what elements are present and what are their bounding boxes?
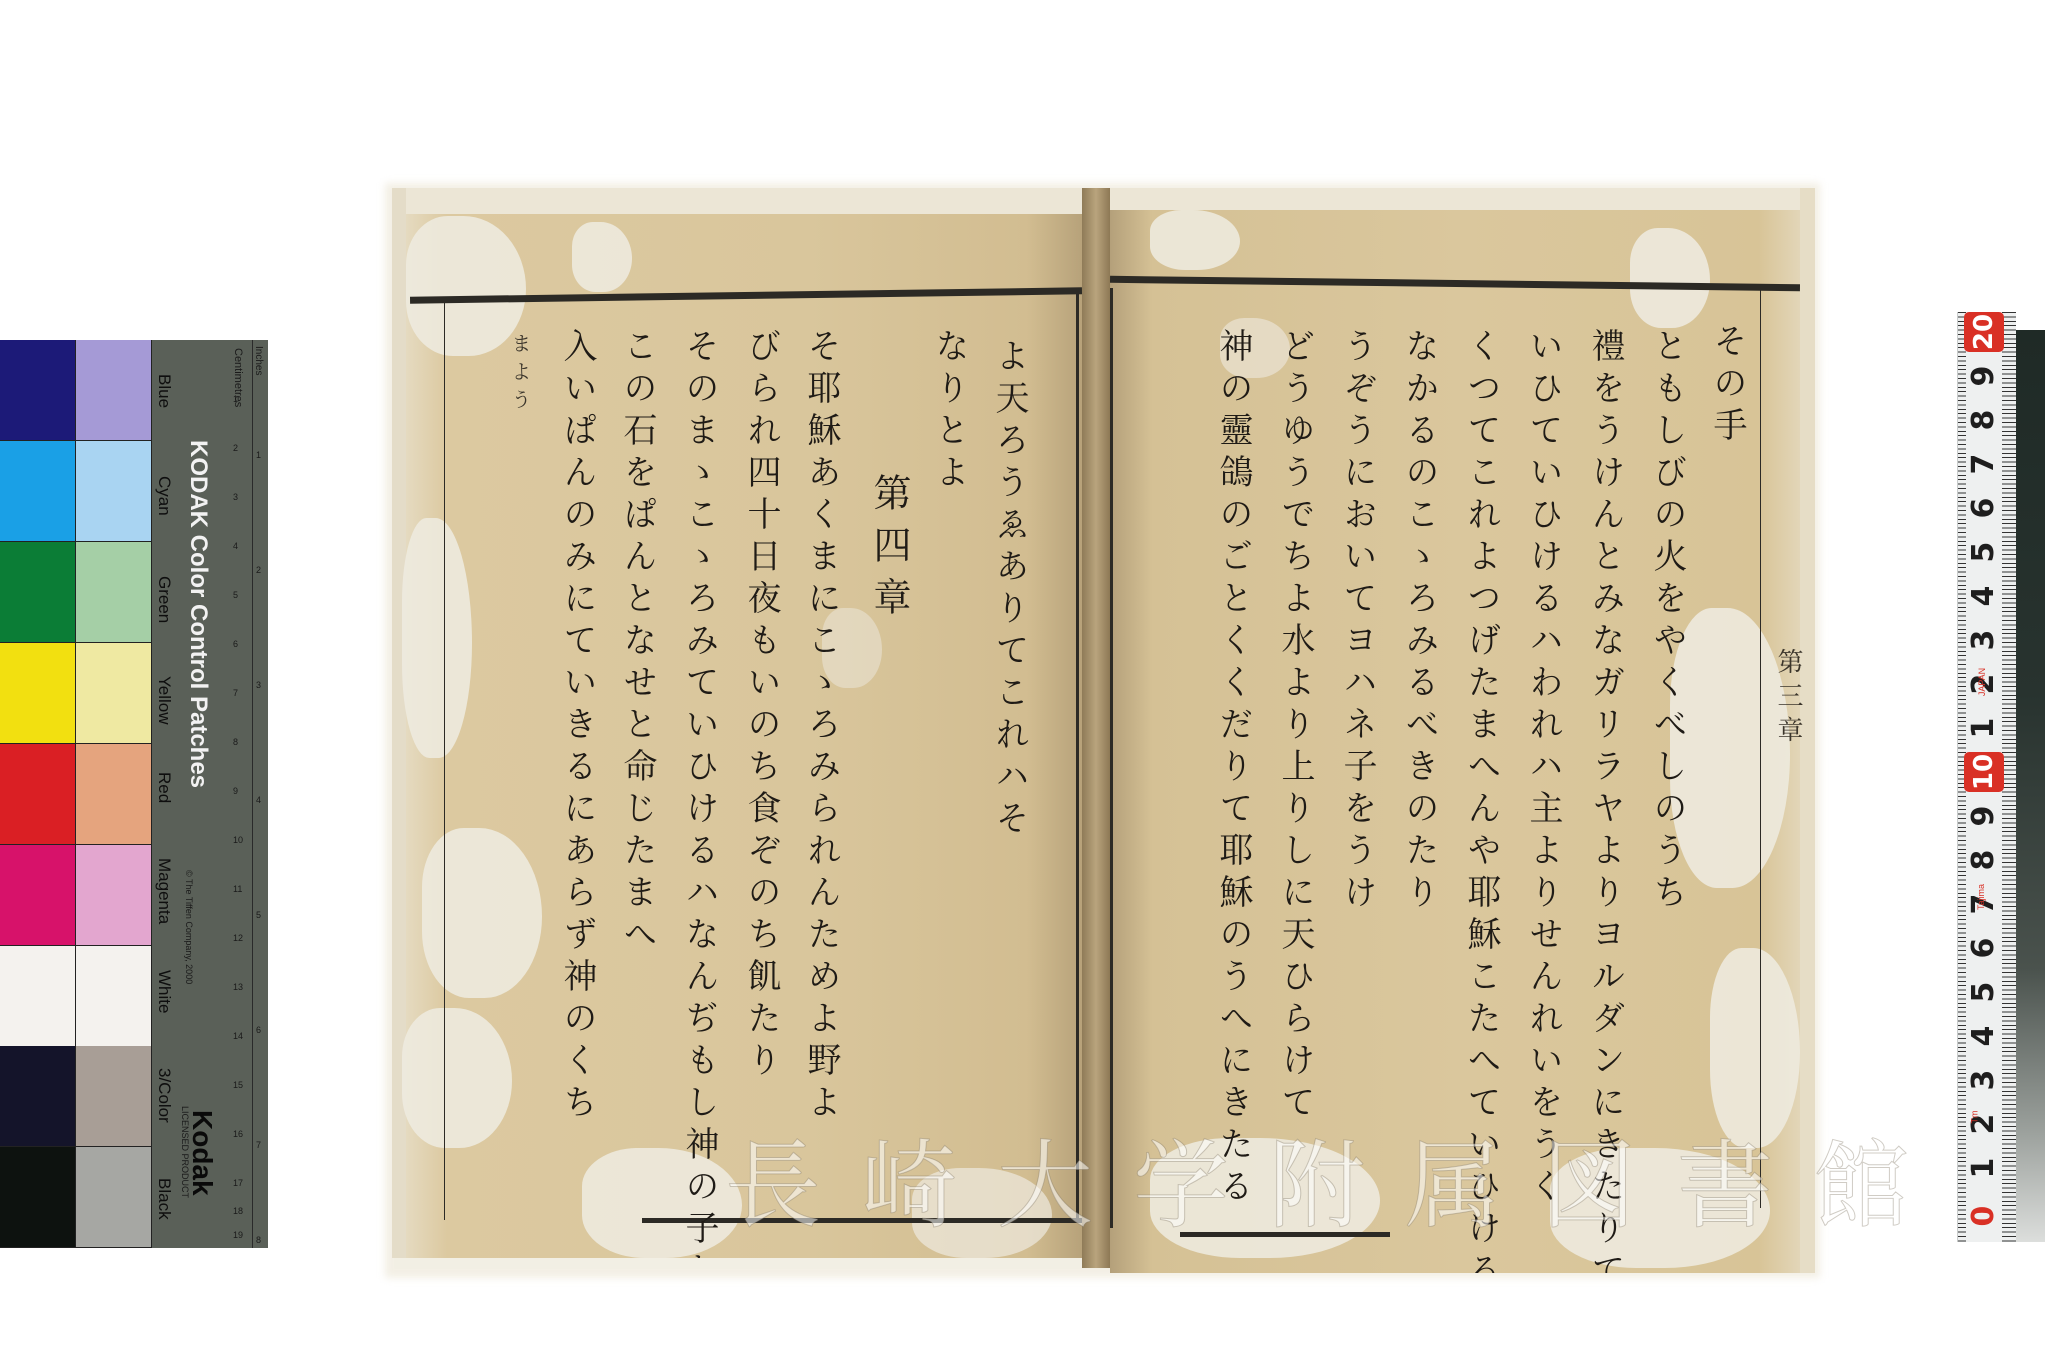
- paper-damage: [422, 828, 542, 998]
- swatch-yellow-dark: [0, 643, 76, 744]
- ruler-label: 5: [1964, 972, 2004, 1012]
- ruler-label: 9: [1964, 356, 2004, 396]
- inch-tick-label: 6: [256, 1025, 261, 1035]
- page-top-edge: [392, 188, 1082, 214]
- book-gutter: [1082, 188, 1110, 1268]
- ruler-label-20: 20: [1964, 312, 2004, 352]
- cm-tick-label: 13: [233, 982, 243, 992]
- inch-tick-label: 4: [256, 795, 261, 805]
- cm-tick-label: 17: [233, 1178, 243, 1188]
- ruler-label: 4: [1964, 1016, 2004, 1056]
- swatch-green-dark: [0, 542, 76, 643]
- ruler-label: 6: [1964, 928, 2004, 968]
- label-yellow: Yellow: [154, 676, 174, 725]
- cm-tick-label: 3: [233, 492, 238, 502]
- swatch-blue-dark: [0, 340, 76, 441]
- kodak-logo: Kodak: [186, 1110, 218, 1196]
- ruler-label: 4: [1964, 576, 2004, 616]
- kodak-color-chart: Inches Centimetres Blue Cyan Green Yello…: [0, 340, 268, 1248]
- ruler-label: 6: [1964, 488, 2004, 528]
- ruler-japan-mark: JAPAN: [1977, 668, 1987, 696]
- text-column: よ天ろうゑありてこれハそ: [992, 338, 1026, 842]
- text-column: うぞうにおいてヨハネ子をうけ: [1340, 328, 1374, 916]
- side-border-line: [444, 300, 445, 1220]
- cm-tick-label: 8: [233, 737, 238, 747]
- label-blue: Blue: [154, 374, 174, 408]
- cm-tick-label: 19: [233, 1230, 243, 1240]
- text-column: この石をぱんとなせと命じたまへ: [620, 328, 654, 958]
- dark-swatch-column: [0, 340, 76, 1248]
- cm-tick-label: 12: [233, 933, 243, 943]
- cm-tick-label: 9: [233, 786, 238, 796]
- label-white: White: [154, 970, 174, 1013]
- cm-tick-label: 10: [233, 835, 243, 845]
- cm-tick-label: 16: [233, 1129, 243, 1139]
- inch-tick-label: 5: [256, 910, 261, 920]
- paper-damage: [1630, 228, 1710, 328]
- chapter-heading: 第四章: [870, 473, 908, 629]
- label-cyan: Cyan: [154, 476, 174, 516]
- paper-damage: [402, 518, 472, 758]
- swatch-3color-dark: [0, 1046, 76, 1147]
- ruler-mm-ticks: [2002, 312, 2016, 1242]
- cm-tick-label: 2: [233, 443, 238, 453]
- kodak-chart-title: KODAK Color Control Patches: [184, 440, 212, 788]
- swatch-black-dark: [0, 1147, 76, 1248]
- licensed-product-text: LICENSED PRODUCT: [180, 1106, 190, 1198]
- ruler-label: 8: [1964, 400, 2004, 440]
- ruler-label: 1: [1964, 1148, 2004, 1188]
- text-column: 神の靈鴿のごとくくだりて耶穌のうへにきたる: [1216, 328, 1250, 1210]
- ruler-label: 3: [1964, 1060, 2004, 1100]
- swatch-3color-light: [76, 1046, 152, 1147]
- library-watermark: 長崎大学附属図書館: [725, 1110, 1949, 1247]
- left-page: よ天ろうゑありてこれハそ なりとよ 第四章 そ耶穌あくまにこゝろみられんためよ野…: [392, 188, 1082, 1258]
- ruler-brand-mark: Tajima: [1976, 884, 1986, 910]
- swatch-cyan-light: [76, 441, 152, 542]
- paper-damage: [402, 1008, 512, 1148]
- gutter-border-line: [1110, 288, 1113, 1228]
- paper-damage: [572, 222, 632, 292]
- page-top-edge: [1110, 188, 1815, 210]
- cm-tick-label: 14: [233, 1031, 243, 1041]
- paper-damage: [1670, 608, 1790, 888]
- ruler-tm-mark: Tm: [1970, 1111, 1980, 1124]
- cm-tick-label: 5: [233, 590, 238, 600]
- measuring-ruler: 20 9 8 7 6 5 4 3 2 1 10 9 8 7 6 5 4 3 2 …: [1957, 312, 2016, 1242]
- ruler-label-10: 10: [1964, 752, 2004, 792]
- text-column: なりとよ: [932, 328, 966, 496]
- label-black: Black: [154, 1178, 174, 1220]
- text-column: その手: [1710, 323, 1744, 449]
- swatch-green-light: [76, 542, 152, 643]
- cm-scale: 1 2 3 4 5 6 7 8 9 10 11 12 13 14 15 16 1…: [230, 340, 232, 1248]
- text-column: まよう: [510, 333, 530, 417]
- text-column: なかるのこゝろみるべきのたり: [1402, 328, 1436, 916]
- label-3color: 3/Color: [154, 1068, 174, 1123]
- inch-tick-label: 2: [256, 565, 261, 575]
- ruler-label-0: 0: [1964, 1196, 2004, 1236]
- text-column: そのまゝこゝろみていひけるハなんぢもし神の子なら: [682, 328, 716, 1258]
- swatch-magenta-light: [76, 845, 152, 946]
- gutter-border-line: [1076, 288, 1079, 1218]
- chapter-margin-label: 第三章: [1775, 648, 1801, 750]
- ruler-label: 5: [1964, 532, 2004, 572]
- text-column: いひていひけるハわれハ主よりせんれいをうく: [1526, 328, 1560, 1210]
- paper-damage: [1150, 210, 1240, 270]
- ruler-label: 9: [1964, 796, 2004, 836]
- swatch-cyan-dark: [0, 441, 76, 542]
- swatch-black-light: [76, 1147, 152, 1248]
- cm-tick-label: 1: [233, 394, 238, 404]
- ruler-label: 7: [1964, 444, 2004, 484]
- swatch-magenta-dark: [0, 845, 76, 946]
- kodak-label-bar: Inches Centimetres Blue Cyan Green Yello…: [152, 340, 268, 1248]
- cm-tick-label: 11: [233, 884, 242, 894]
- swatch-blue-light: [76, 340, 152, 441]
- swatch-white: [0, 946, 76, 1046]
- inch-tick-label: 8: [256, 1235, 261, 1245]
- inch-scale: 1 2 3 4 5 6 7 8: [252, 340, 267, 1248]
- text-column: びられ四十日夜もいのち食ぞのち飢たり: [744, 328, 778, 1084]
- swatch-white-light: [76, 946, 152, 1046]
- inch-tick-label: 3: [256, 680, 261, 690]
- light-swatch-column: [76, 340, 152, 1248]
- cm-tick-label: 6: [233, 639, 238, 649]
- ruler-label: 1: [1964, 708, 2004, 748]
- swatch-red-light: [76, 744, 152, 845]
- cm-tick-label: 4: [233, 541, 238, 551]
- label-magenta: Magenta: [154, 858, 174, 924]
- text-column: 入いぱんのみにていきるにあらず神のくち: [560, 328, 594, 1126]
- cm-tick-label: 15: [233, 1080, 243, 1090]
- text-column: どうゆうでちよ水より上りしに天ひらけて: [1278, 328, 1312, 1126]
- side-border-line: [1760, 288, 1761, 1208]
- text-column: そ耶穌あくまにこゝろみられんためよ野よ: [804, 328, 838, 1126]
- text-column: ともしびの火をやくべしのうち: [1650, 328, 1684, 916]
- gray-scale-strip: [2015, 330, 2045, 1242]
- ruler-label: 8: [1964, 840, 2004, 880]
- label-red: Red: [154, 772, 174, 803]
- inch-tick-label: 1: [256, 450, 261, 460]
- copyright-text: © The Tiffen Company, 2000: [184, 870, 194, 984]
- cm-tick-label: 7: [233, 688, 238, 698]
- label-green: Green: [154, 576, 174, 623]
- swatch-yellow-light: [76, 643, 152, 744]
- inch-tick-label: 7: [256, 1140, 261, 1150]
- cm-tick-label: 18: [233, 1206, 243, 1216]
- ruler-label: 3: [1964, 620, 2004, 660]
- swatch-red-dark: [0, 744, 76, 845]
